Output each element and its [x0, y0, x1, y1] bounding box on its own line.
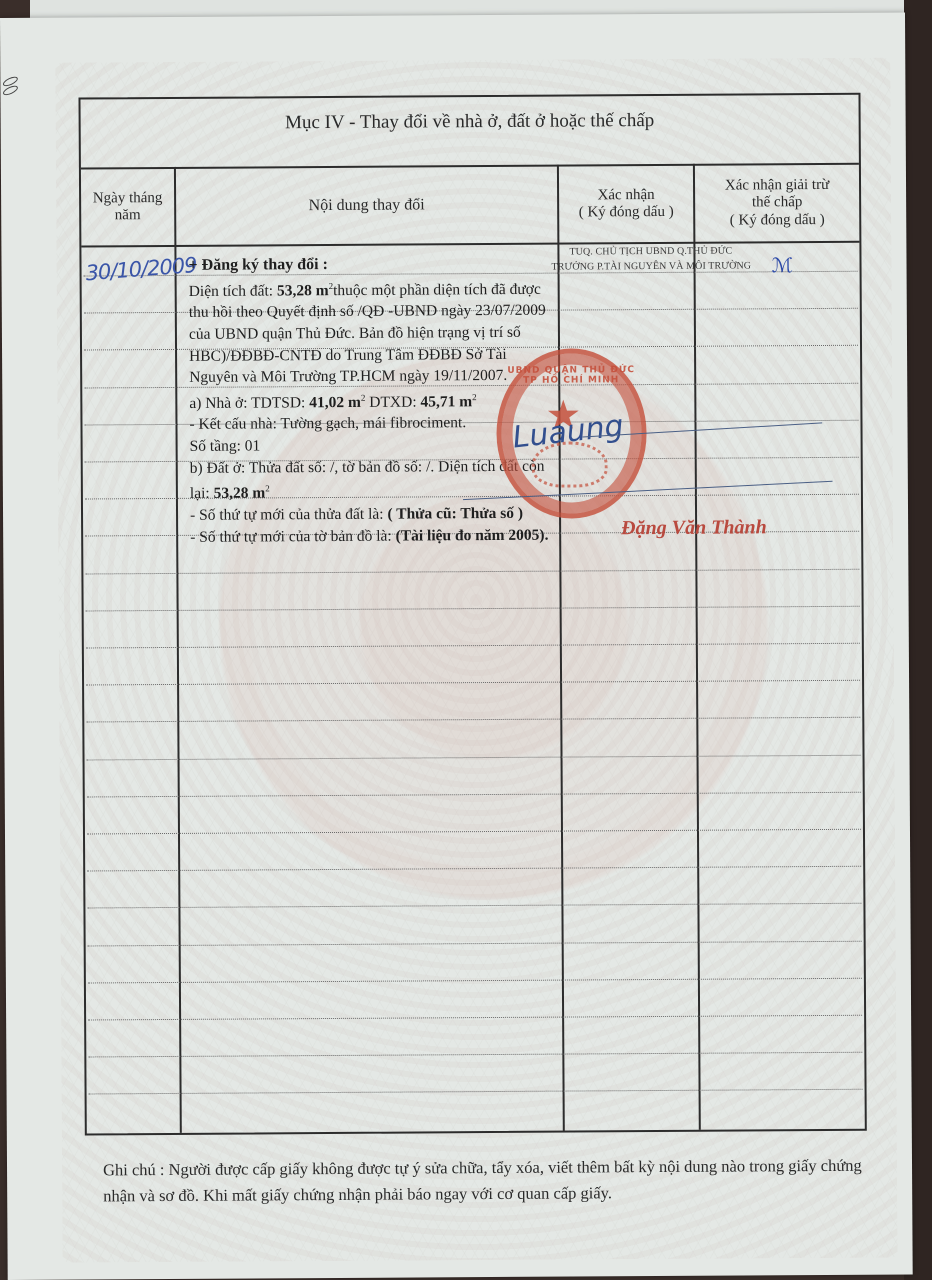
binding-holes [2, 78, 18, 96]
signer-name: Đặng Văn Thành [621, 516, 767, 540]
authority-title: TUQ. CHỦ TỊCH UBND Q.THỦ ĐỨC TRƯỞNG P.TÀ… [551, 243, 851, 275]
initials-mark: ℳ [771, 253, 793, 277]
header-date: Ngày thángnăm [81, 169, 174, 246]
header-confirmation: Xác nhận( Ký đóng dấu ) [559, 166, 693, 243]
header-content: Nội dung thay đổi [176, 167, 557, 245]
changes-table: Mục IV - Thay đổi về nhà ở, đất ở hoặc t… [78, 93, 866, 1136]
section-title: Mục IV - Thay đổi về nhà ở, đất ở hoặc t… [81, 109, 859, 136]
certificate-page: Mục IV - Thay đổi về nhà ở, đất ở hoặc t… [0, 12, 913, 1280]
footnote: Ghi chú : Người được cấp giấy không được… [103, 1153, 893, 1210]
header-mortgage-release: Xác nhận giải trừthế chấp( Ký đóng dấu ) [695, 165, 859, 242]
handwritten-date: 30/10/2009 [85, 253, 198, 285]
